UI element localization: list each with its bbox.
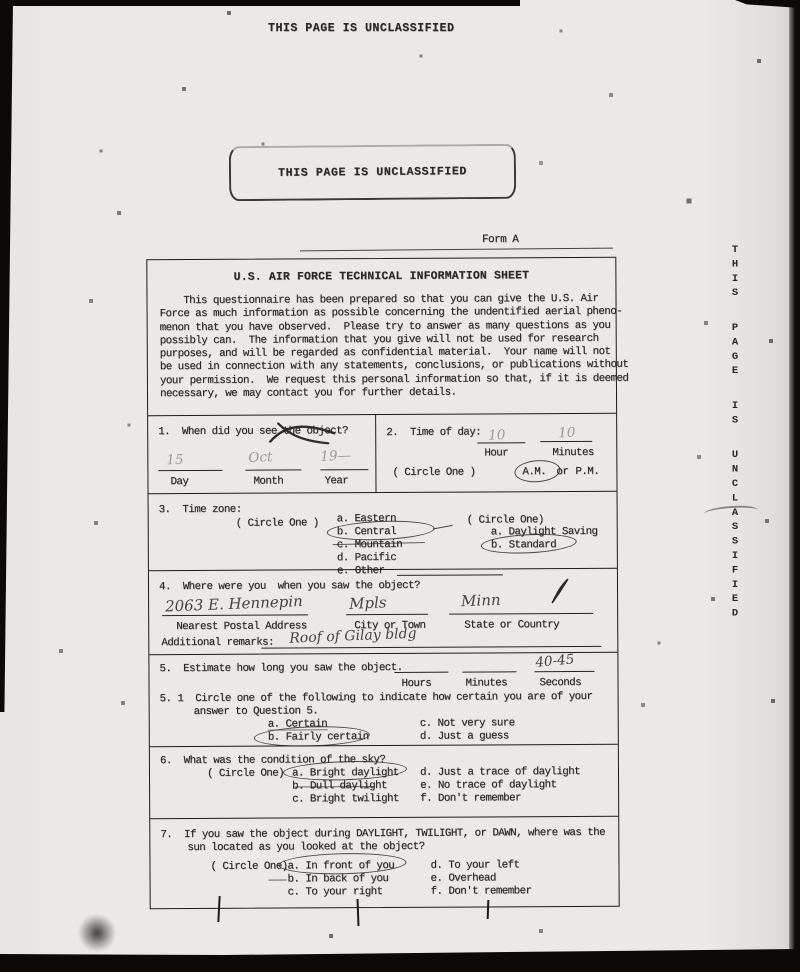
q6-option: f. Don't remember bbox=[420, 792, 521, 805]
q4-address-label: Nearest Postal Address bbox=[176, 620, 307, 633]
q5-seconds-blank bbox=[534, 671, 594, 672]
q2-pm-option: P.M. bbox=[575, 466, 599, 478]
q6-option: c. Bright twilight bbox=[292, 793, 399, 806]
q1-year-blank bbox=[320, 469, 368, 470]
scanned-document-page: THIS PAGE IS UNCLASSIFIED THIS PAGE IS U… bbox=[0, 0, 800, 972]
question-5: 5. Estimate how long you saw the object.… bbox=[149, 652, 617, 747]
q7-label-line2: sun located as you looked at the object? bbox=[187, 841, 424, 854]
q2-minutes-value: 10 bbox=[558, 425, 576, 442]
q1-month-value: Oct bbox=[248, 449, 273, 466]
section-header: U.S. AIR FORCE TECHNICAL INFORMATION SHE… bbox=[147, 258, 616, 415]
q4-remarks-value: Roof of Gilay bldg bbox=[289, 626, 417, 647]
q5-option: c. Not very sure bbox=[420, 717, 515, 729]
q2-hour-value: 10 bbox=[488, 427, 506, 444]
side-classification-text: THIS PAGE IS UNCLASSIFIED bbox=[729, 244, 741, 589]
q6-option: d. Just a trace of daylight bbox=[420, 766, 580, 779]
q3-zone-option: d. Pacific bbox=[337, 552, 396, 566]
q3-circle-one-right: ( Circle One) bbox=[467, 514, 544, 526]
dash-mark-option-b bbox=[269, 880, 287, 881]
q5-seconds-label: Seconds bbox=[539, 677, 581, 689]
q2-circle-one: ( Circle One ) bbox=[392, 467, 475, 479]
x-scribble-mark bbox=[264, 417, 338, 447]
q2-minutes-label: Minutes bbox=[552, 447, 594, 459]
q2-hour-label: Hour bbox=[484, 447, 508, 459]
form-a-label: Form A bbox=[482, 234, 518, 246]
circle-annotation-am bbox=[514, 458, 562, 483]
q5-minutes-label: Minutes bbox=[465, 677, 507, 689]
q5-seconds-value: 40-45 bbox=[535, 651, 575, 671]
q7-circle-one: ( Circle One) bbox=[210, 861, 287, 873]
form-box: U.S. AIR FORCE TECHNICAL INFORMATION SHE… bbox=[146, 257, 619, 909]
q1-day-value: 15 bbox=[166, 452, 184, 469]
q7-option: b. In back of you bbox=[288, 873, 389, 886]
q4-address-value: 2063 E. Hennepin bbox=[165, 592, 303, 616]
q4-address-blank bbox=[162, 614, 308, 616]
q3-label: 3. Time zone: bbox=[159, 504, 242, 516]
q5-option: d. Just a guess bbox=[420, 730, 509, 742]
q7-option: e. Overhead bbox=[431, 872, 496, 884]
scan-artifact-top-bar bbox=[0, 0, 520, 6]
section-q1-q2: 1. When did you see the object? 15 Oct 1… bbox=[148, 413, 616, 494]
question-7: 7. If you saw the object during DAYLIGHT… bbox=[150, 816, 618, 906]
q7-option: c. To your right bbox=[288, 886, 383, 898]
q3-circle-one-left: ( Circle One ) bbox=[236, 517, 319, 529]
question-3: 3. Time zone: ( Circle One ) a. Eastern … bbox=[149, 491, 617, 571]
intro-line: necessary, we may contact you for furthe… bbox=[160, 386, 628, 402]
q1-day-blank bbox=[158, 470, 222, 471]
q6-circle-one: ( Circle One) bbox=[207, 768, 284, 780]
q1-month-label: Month bbox=[253, 476, 283, 488]
q1-day-label: Day bbox=[170, 476, 188, 488]
q4-state-blank bbox=[449, 613, 593, 615]
q7-option: f. Don't remember bbox=[431, 885, 532, 898]
q2-label: 2. Time of day: bbox=[386, 426, 481, 438]
q2-minutes-blank bbox=[540, 441, 592, 442]
q5-sub-label-line1: 5. 1 Circle one of the following to indi… bbox=[160, 691, 593, 705]
q5-minutes-blank bbox=[462, 671, 516, 672]
question-6: 6. What was the condition of the sky? ( … bbox=[150, 744, 618, 819]
question-2: 2. Time of day: 10 10 Hour Minutes ( Cir… bbox=[375, 414, 616, 493]
q6-option: e. No trace of daylight bbox=[420, 779, 556, 792]
q3-zone-option: c. Mountain bbox=[337, 539, 402, 553]
scan-artifact-smudge bbox=[78, 914, 116, 952]
q4-remarks-blank bbox=[261, 646, 601, 649]
top-classification-banner: THIS PAGE IS UNCLASSIFIED bbox=[268, 23, 454, 35]
q1-year-label: Year bbox=[324, 475, 348, 487]
form-title: U.S. AIR FORCE TECHNICAL INFORMATION SHE… bbox=[147, 270, 615, 284]
q4-label: 4. Where were you when you saw the objec… bbox=[159, 580, 420, 593]
classification-stamp: THIS PAGE IS UNCLASSIFIED bbox=[229, 144, 516, 202]
q4-state-value: Minn bbox=[461, 591, 501, 611]
question-1: 1. When did you see the object? 15 Oct 1… bbox=[148, 415, 375, 494]
q4-city-value: Mpls bbox=[349, 593, 387, 612]
q1-month-blank bbox=[245, 469, 301, 470]
q7-label-line1: 7. If you saw the object during DAYLIGHT… bbox=[160, 827, 605, 841]
q5-hours-label: Hours bbox=[401, 678, 431, 690]
scan-artifact-right-bar bbox=[789, 0, 800, 972]
q5-label: 5. Estimate how long you saw the object. bbox=[159, 662, 402, 675]
q1-year-value: 19— bbox=[320, 448, 351, 465]
q4-remarks-label: Additional remarks: bbox=[161, 637, 274, 650]
q2-hour-blank bbox=[477, 442, 525, 443]
q4-city-blank bbox=[346, 614, 428, 615]
stamp-text: THIS PAGE IS UNCLASSIFIED bbox=[278, 166, 467, 180]
pen-mark bbox=[549, 577, 571, 605]
circle-annotation-central-tail bbox=[433, 525, 453, 530]
q5-hours-blank bbox=[394, 672, 448, 673]
q4-state-label: State or Country bbox=[464, 619, 559, 631]
q7-option: d. To your left bbox=[430, 859, 519, 871]
question-4: 4. Where were you when you saw the objec… bbox=[149, 568, 617, 655]
q5-sub-label-line2: answer to Question 5. bbox=[194, 705, 319, 718]
intro-paragraph: This questionnaire has been prepared so … bbox=[159, 293, 628, 402]
